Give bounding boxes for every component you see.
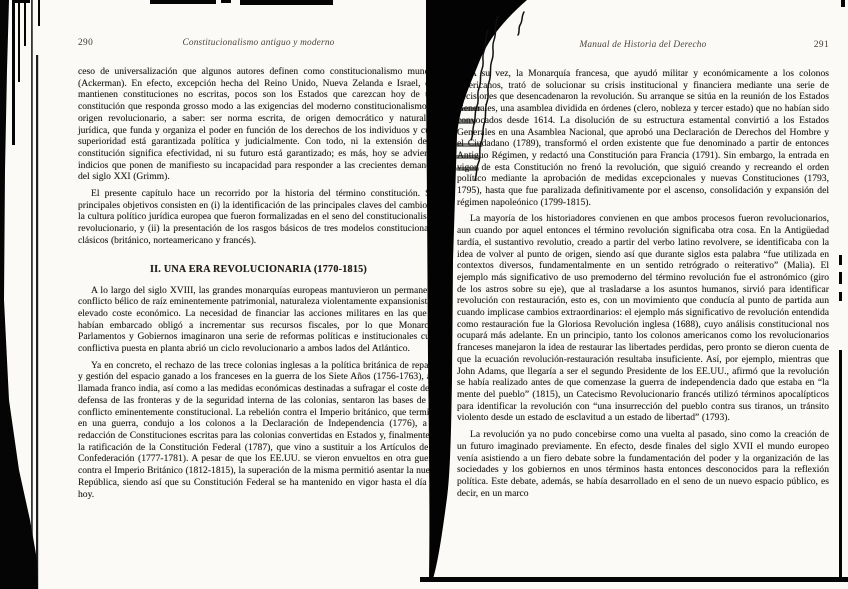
page-header-right: Manual de Historia del Derecho 291 bbox=[457, 40, 829, 53]
page-header-left: 290 Constitucionalismo antiguo y moderno bbox=[78, 38, 439, 51]
paragraph-left-1: ceso de universalización que algunos aut… bbox=[78, 66, 439, 183]
section-heading: II. UNA ERA REVOLUCIONARIA (1770-1815) bbox=[78, 264, 439, 276]
paragraph-right-2: La mayoría de los historiadores conviene… bbox=[457, 213, 829, 424]
page-right: Manual de Historia del Derecho 291 A su … bbox=[457, 40, 829, 504]
page-number-right: 291 bbox=[814, 40, 829, 50]
top-edge-artifact bbox=[150, 0, 333, 5]
page-left: 290 Constitucionalismo antiguo y moderno… bbox=[78, 38, 439, 505]
paragraph-left-2: El presente capítulo hace un recorrido p… bbox=[78, 188, 439, 247]
paragraph-right-1: A su vez, la Monarquía francesa, que ayu… bbox=[457, 68, 829, 208]
right-edge-artifact bbox=[839, 0, 845, 580]
page-left-body: ceso de universalización que algunos aut… bbox=[78, 66, 439, 500]
bottom-edge-artifact bbox=[420, 577, 848, 582]
paragraph-left-4: Ya en concreto, el rechazo de las trece … bbox=[78, 360, 439, 500]
paragraph-right-3: La revolución ya no pudo concebirse como… bbox=[457, 429, 829, 499]
paragraph-left-3: A lo largo del siglo XVIII, las grandes … bbox=[78, 285, 439, 355]
book-scan: 290 Constitucionalismo antiguo y moderno… bbox=[0, 0, 848, 589]
running-header-right: Manual de Historia del Derecho bbox=[457, 40, 829, 50]
page-number-left: 290 bbox=[78, 38, 93, 48]
page-right-body: A su vez, la Monarquía francesa, que ayu… bbox=[457, 68, 829, 499]
running-header-left: Constitucionalismo antiguo y moderno bbox=[78, 38, 439, 48]
left-edge-artifact bbox=[0, 0, 40, 589]
